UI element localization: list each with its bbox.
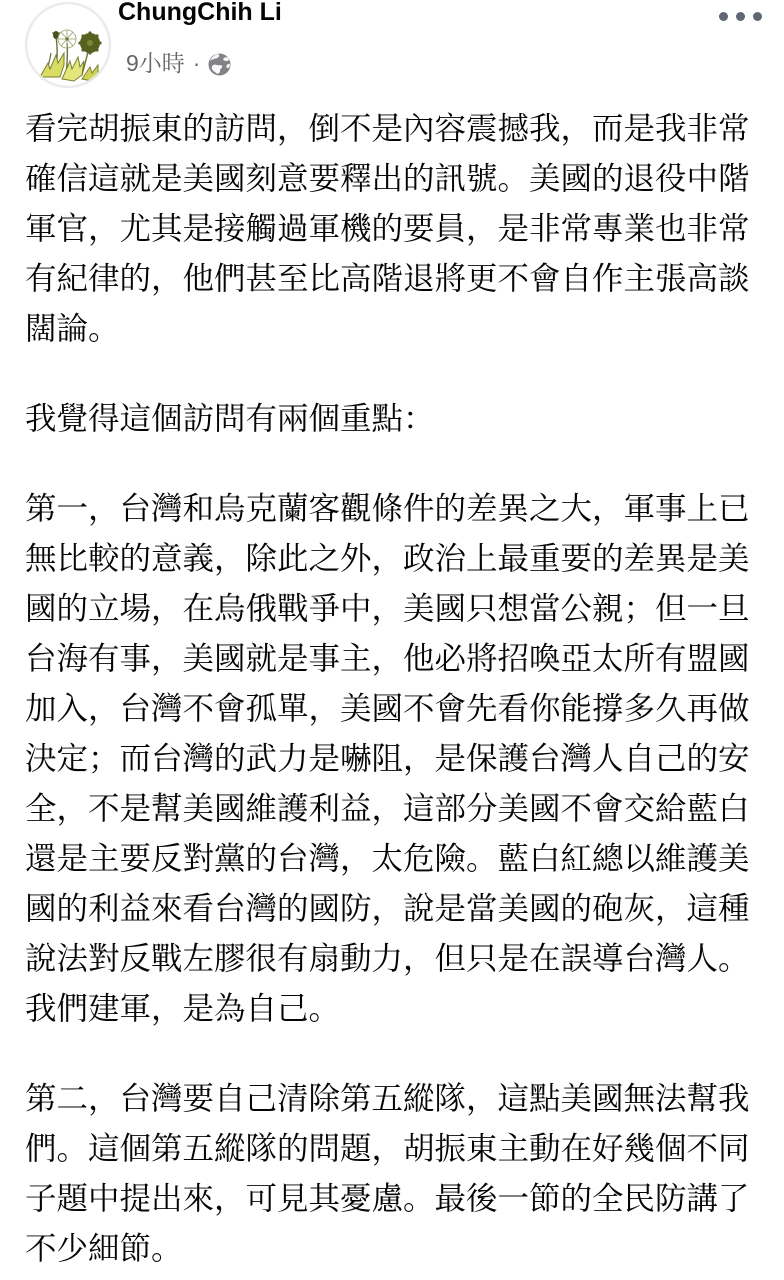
- timestamp[interactable]: 9小時: [126, 49, 185, 77]
- post-paragraph: 第一，台灣和烏克蘭客觀條件的差異之大，軍事上已無比較的意義，除此之外，政治上最重…: [25, 483, 759, 1033]
- ellipsis-icon: [719, 12, 728, 21]
- ellipsis-icon: [753, 12, 762, 21]
- avatar-dandelion-illustration-icon: [26, 74, 110, 88]
- post-paragraph: 我覺得這個訪問有兩個重點：: [25, 393, 759, 443]
- globe-icon: [208, 53, 231, 76]
- post-body: 看完胡振東的訪問，倒不是內容震撼我，而是我非常確信這就是美國刻意要釋出的訊號。美…: [0, 103, 784, 1273]
- facebook-post: ChungChih Li 9小時 ·: [0, 0, 784, 1280]
- avatar[interactable]: [25, 2, 111, 88]
- meta-separator: ·: [193, 49, 201, 77]
- post-paragraph: 第二，台灣要自己清除第五縱隊，這點美國無法幫我們。這個第五縱隊的問題，胡振東主動…: [25, 1073, 759, 1273]
- post-menu-button[interactable]: [715, 8, 766, 25]
- post-header: ChungChih Li 9小時 ·: [0, 0, 784, 103]
- ellipsis-icon: [736, 12, 745, 21]
- author-name[interactable]: ChungChih Li: [118, 0, 282, 28]
- post-meta: 9小時 ·: [126, 49, 231, 77]
- post-paragraph: 看完胡振東的訪問，倒不是內容震撼我，而是我非常確信這就是美國刻意要釋出的訊號。美…: [25, 103, 759, 353]
